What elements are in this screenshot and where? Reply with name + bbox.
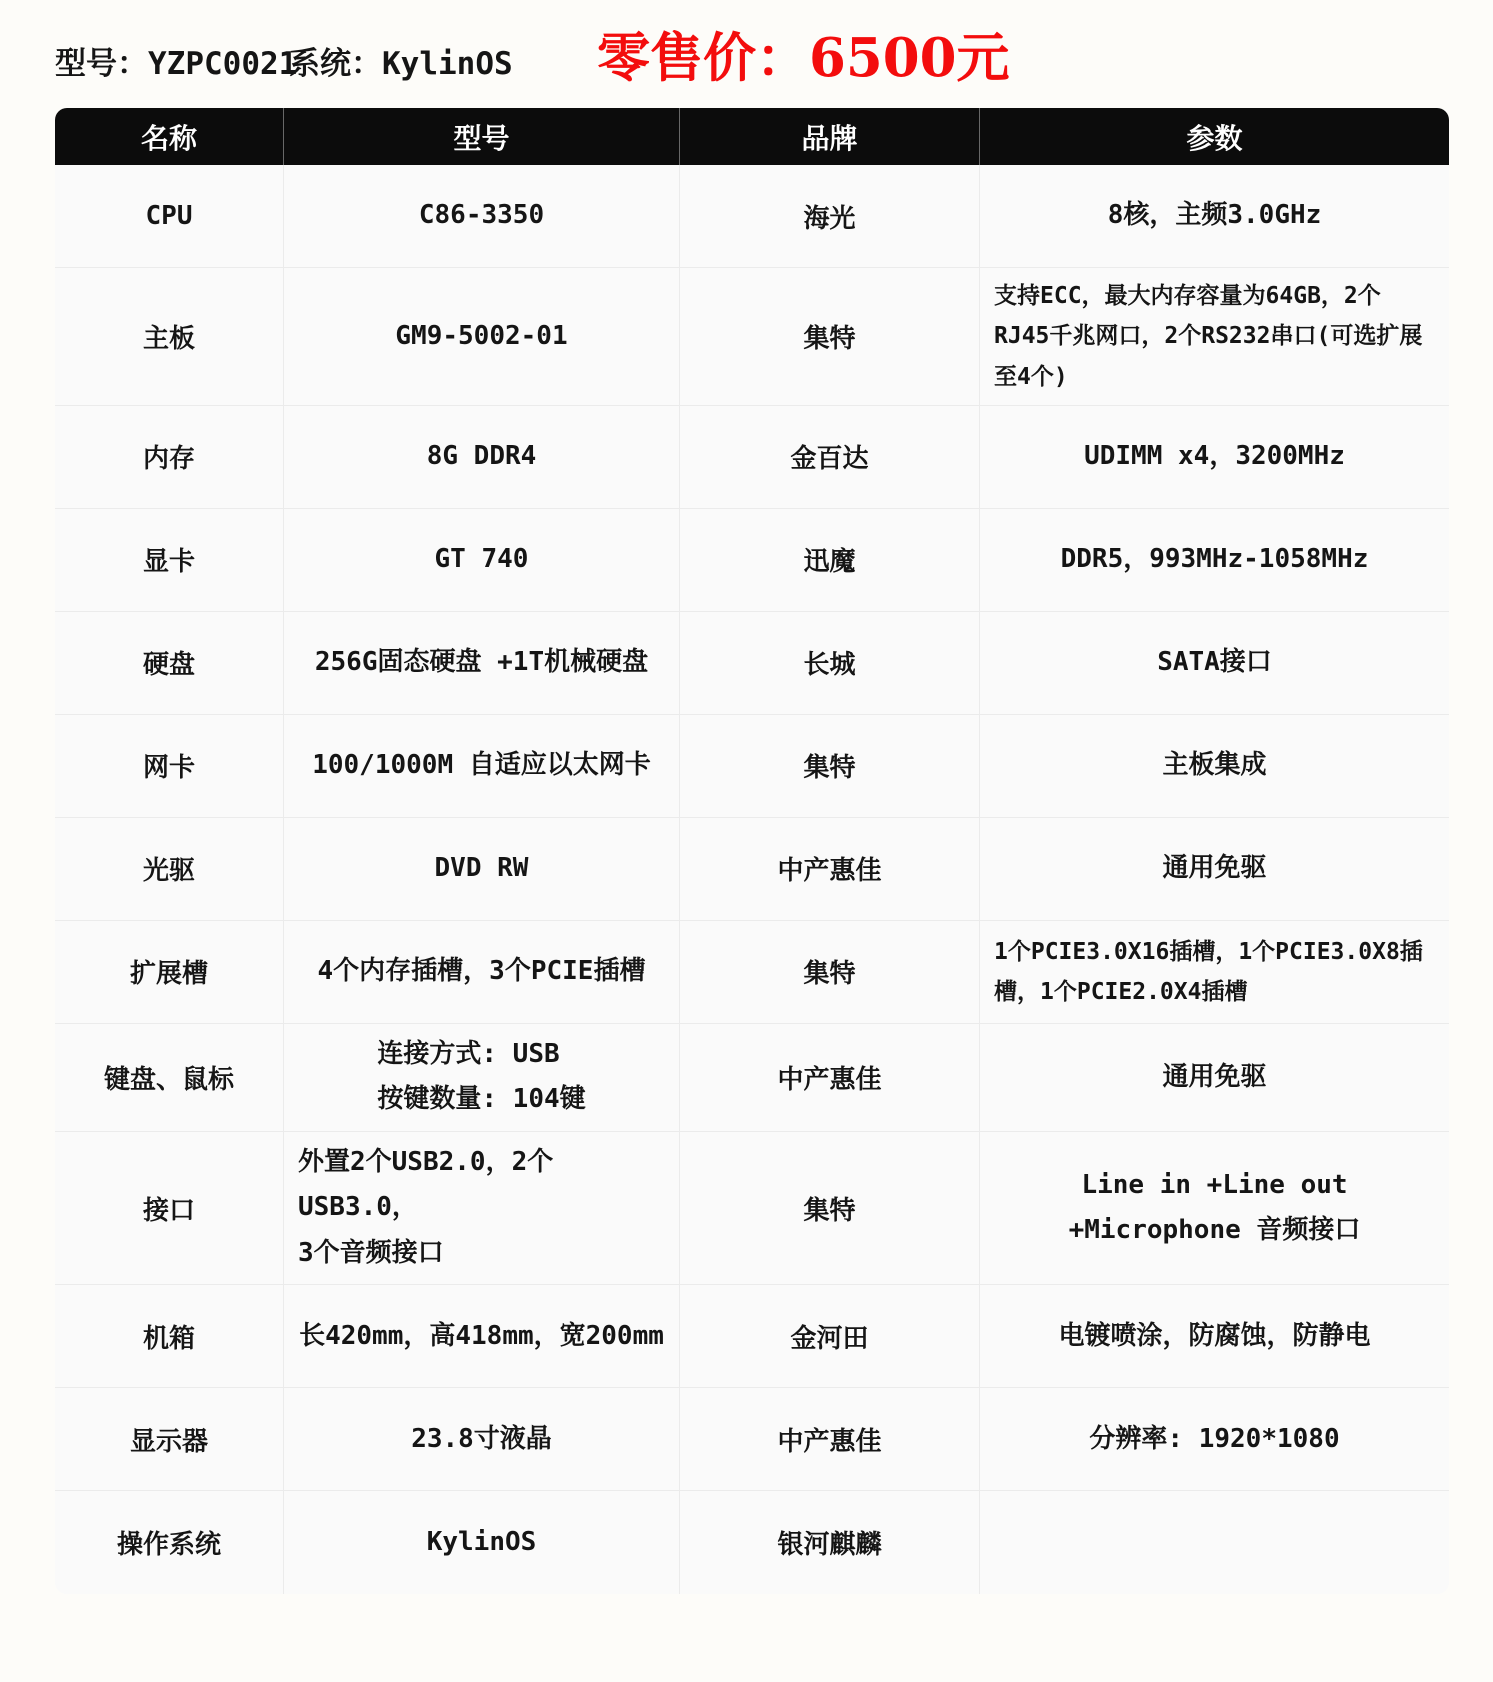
- spec-model: 4个内存插槽，3个PCIE插槽: [284, 921, 680, 1024]
- spec-brand: 迅魔: [680, 509, 980, 612]
- spec-brand: 集特: [680, 715, 980, 818]
- spec-name: 扩展槽: [55, 921, 284, 1024]
- spec-params-lines: 8核，主频3.0GHz: [1108, 193, 1322, 239]
- spec-model: 23.8寸液晶: [284, 1388, 680, 1491]
- spec-brand: 集特: [680, 921, 980, 1024]
- spec-params-line: 通用免驱: [1162, 1055, 1266, 1101]
- retail-price: 零售价：6500元: [597, 16, 1010, 92]
- spec-params-line: DDR5，993MHz-1058MHz: [1061, 537, 1369, 583]
- spec-name: 内存: [55, 406, 284, 509]
- os-value: KylinOS: [382, 46, 513, 82]
- spec-name: 键盘、鼠标: [55, 1024, 284, 1132]
- spec-model-line: 8G DDR4: [427, 434, 537, 480]
- spec-model-lines: KylinOS: [427, 1520, 537, 1566]
- spec-model-line: GM9-5002-01: [395, 314, 567, 360]
- spec-model-line: 外置2个USB2.0，2个USB3.0，: [298, 1140, 665, 1231]
- spec-brand: 中产惠佳: [680, 818, 980, 921]
- spec-params: 分辨率: 1920*1080: [980, 1388, 1449, 1491]
- spec-model-line: C86-3350: [419, 193, 544, 239]
- spec-model-line: 23.8寸液晶: [411, 1417, 552, 1463]
- spec-params-line: 8核，主频3.0GHz: [1108, 193, 1322, 239]
- spec-model: C86-3350: [284, 165, 680, 268]
- spec-name: 光驱: [55, 818, 284, 921]
- spec-params-lines: 主板集成: [1162, 743, 1266, 789]
- spec-params: 1个PCIE3.0X16插槽，1个PCIE3.0X8插槽，1个PCIE2.0X4…: [980, 921, 1449, 1024]
- spec-model-line: 100/1000M 自适应以太网卡: [312, 743, 651, 789]
- spec-brand: 金河田: [680, 1285, 980, 1388]
- spec-model: GM9-5002-01: [284, 268, 680, 406]
- spec-params-lines: Line in +Line out+Microphone 音频接口: [1069, 1163, 1361, 1254]
- spec-brand: 金百达: [680, 406, 980, 509]
- spec-params-lines: 通用免驱: [1162, 846, 1266, 892]
- spec-params: 电镀喷涂，防腐蚀，防静电: [980, 1285, 1449, 1388]
- spec-model-line: 3个音频接口: [298, 1231, 665, 1277]
- spec-model: 8G DDR4: [284, 406, 680, 509]
- spec-params-lines: DDR5，993MHz-1058MHz: [1061, 537, 1369, 583]
- spec-brand: 集特: [680, 1132, 980, 1286]
- spec-model: DVD RW: [284, 818, 680, 921]
- spec-params: UDIMM x4，3200MHz: [980, 406, 1449, 509]
- model-number-label: 型号：: [55, 46, 148, 82]
- spec-params-line: SATA接口: [1157, 640, 1272, 686]
- spec-model-lines: GM9-5002-01: [395, 314, 567, 360]
- spec-model: 256G固态硬盘 +1T机械硬盘: [284, 612, 680, 715]
- spec-params: 通用免驱: [980, 1024, 1449, 1132]
- spec-name: 显卡: [55, 509, 284, 612]
- table-header-name: 名称: [55, 108, 284, 165]
- spec-model-lines: 256G固态硬盘 +1T机械硬盘: [315, 640, 648, 686]
- model-number-value: YZPC0021: [148, 46, 297, 82]
- spec-params: Line in +Line out+Microphone 音频接口: [980, 1132, 1449, 1286]
- spec-params-lines: 电镀喷涂，防腐蚀，防静电: [1058, 1314, 1370, 1360]
- spec-model-lines: 4个内存插槽，3个PCIE插槽: [318, 949, 646, 995]
- spec-name: 显示器: [55, 1388, 284, 1491]
- spec-model: 100/1000M 自适应以太网卡: [284, 715, 680, 818]
- spec-params-line: 1个PCIE3.0X16插槽，1个PCIE3.0X8插槽，1个PCIE2.0X4…: [994, 932, 1435, 1013]
- table-header-model: 型号: [284, 108, 680, 165]
- spec-brand: 长城: [680, 612, 980, 715]
- spec-name: 操作系统: [55, 1491, 284, 1594]
- os-label: 系统：: [289, 46, 382, 82]
- spec-params: 主板集成: [980, 715, 1449, 818]
- spec-params: [980, 1491, 1449, 1594]
- os-group: 系统：KylinOS: [289, 38, 513, 83]
- model-number-group: 型号：YZPC0021: [55, 38, 297, 83]
- spec-model-lines: C86-3350: [419, 193, 544, 239]
- spec-model-line: 4个内存插槽，3个PCIE插槽: [318, 949, 646, 995]
- spec-model-lines: 8G DDR4: [427, 434, 537, 480]
- spec-name: CPU: [55, 165, 284, 268]
- spec-name: 接口: [55, 1132, 284, 1286]
- spec-params: 支持ECC，最大内存容量为64GB，2个RJ45千兆网口，2个RS232串口(可…: [980, 268, 1449, 406]
- spec-model: 外置2个USB2.0，2个USB3.0，3个音频接口: [284, 1132, 680, 1286]
- spec-model: GT 740: [284, 509, 680, 612]
- spec-model-line: DVD RW: [435, 846, 529, 892]
- spec-params-lines: SATA接口: [1157, 640, 1272, 686]
- page: { "top": { "model_label": "型号：", "model_…: [0, 0, 1493, 1682]
- spec-model-line: 长420mm，高418mm，宽200mm: [299, 1314, 664, 1360]
- spec-model-line: 按键数量: 104键: [377, 1077, 585, 1123]
- spec-params-line: 分辨率: 1920*1080: [1089, 1417, 1339, 1463]
- spec-model-lines: 长420mm，高418mm，宽200mm: [299, 1314, 664, 1360]
- spec-params: DDR5，993MHz-1058MHz: [980, 509, 1449, 612]
- spec-model: 连接方式: USB按键数量: 104键: [284, 1024, 680, 1132]
- spec-params-line: 主板集成: [1162, 743, 1266, 789]
- spec-params-lines: 支持ECC，最大内存容量为64GB，2个RJ45千兆网口，2个RS232串口(可…: [994, 276, 1435, 397]
- table-header-params: 参数: [980, 108, 1449, 165]
- spec-params-line: UDIMM x4，3200MHz: [1084, 434, 1345, 480]
- spec-params-line: 电镀喷涂，防腐蚀，防静电: [1058, 1314, 1370, 1360]
- spec-model-lines: 23.8寸液晶: [411, 1417, 552, 1463]
- spec-model-line: KylinOS: [427, 1520, 537, 1566]
- spec-brand: 中产惠佳: [680, 1024, 980, 1132]
- spec-model-lines: 外置2个USB2.0，2个USB3.0，3个音频接口: [298, 1140, 665, 1277]
- spec-brand: 银河麒麟: [680, 1491, 980, 1594]
- spec-model-lines: GT 740: [435, 537, 529, 583]
- spec-params-line: 通用免驱: [1162, 846, 1266, 892]
- spec-model-lines: 100/1000M 自适应以太网卡: [312, 743, 651, 789]
- spec-model-line: 连接方式: USB: [377, 1032, 585, 1078]
- spec-model-line: 256G固态硬盘 +1T机械硬盘: [315, 640, 648, 686]
- spec-params-line: 支持ECC，最大内存容量为64GB，2个RJ45千兆网口，2个RS232串口(可…: [994, 276, 1435, 397]
- spec-params-lines: 1个PCIE3.0X16插槽，1个PCIE3.0X8插槽，1个PCIE2.0X4…: [994, 932, 1435, 1013]
- spec-model-lines: 连接方式: USB按键数量: 104键: [377, 1032, 585, 1123]
- spec-params-line: +Microphone 音频接口: [1069, 1208, 1361, 1254]
- spec-params: 8核，主频3.0GHz: [980, 165, 1449, 268]
- spec-table: 名称型号品牌参数CPUC86-3350海光8核，主频3.0GHz主板GM9-50…: [55, 108, 1449, 1594]
- spec-name: 机箱: [55, 1285, 284, 1388]
- spec-name: 硬盘: [55, 612, 284, 715]
- spec-params-lines: 通用免驱: [1162, 1055, 1266, 1101]
- spec-params: SATA接口: [980, 612, 1449, 715]
- spec-params-lines: 分辨率: 1920*1080: [1089, 1417, 1339, 1463]
- spec-brand: 海光: [680, 165, 980, 268]
- spec-model-line: GT 740: [435, 537, 529, 583]
- table-header-brand: 品牌: [680, 108, 980, 165]
- spec-model: KylinOS: [284, 1491, 680, 1594]
- spec-params-lines: UDIMM x4，3200MHz: [1084, 434, 1345, 480]
- spec-model-lines: DVD RW: [435, 846, 529, 892]
- spec-name: 网卡: [55, 715, 284, 818]
- spec-brand: 集特: [680, 268, 980, 406]
- spec-brand: 中产惠佳: [680, 1388, 980, 1491]
- spec-name: 主板: [55, 268, 284, 406]
- spec-params: 通用免驱: [980, 818, 1449, 921]
- spec-params-line: Line in +Line out: [1069, 1163, 1361, 1209]
- spec-model: 长420mm，高418mm，宽200mm: [284, 1285, 680, 1388]
